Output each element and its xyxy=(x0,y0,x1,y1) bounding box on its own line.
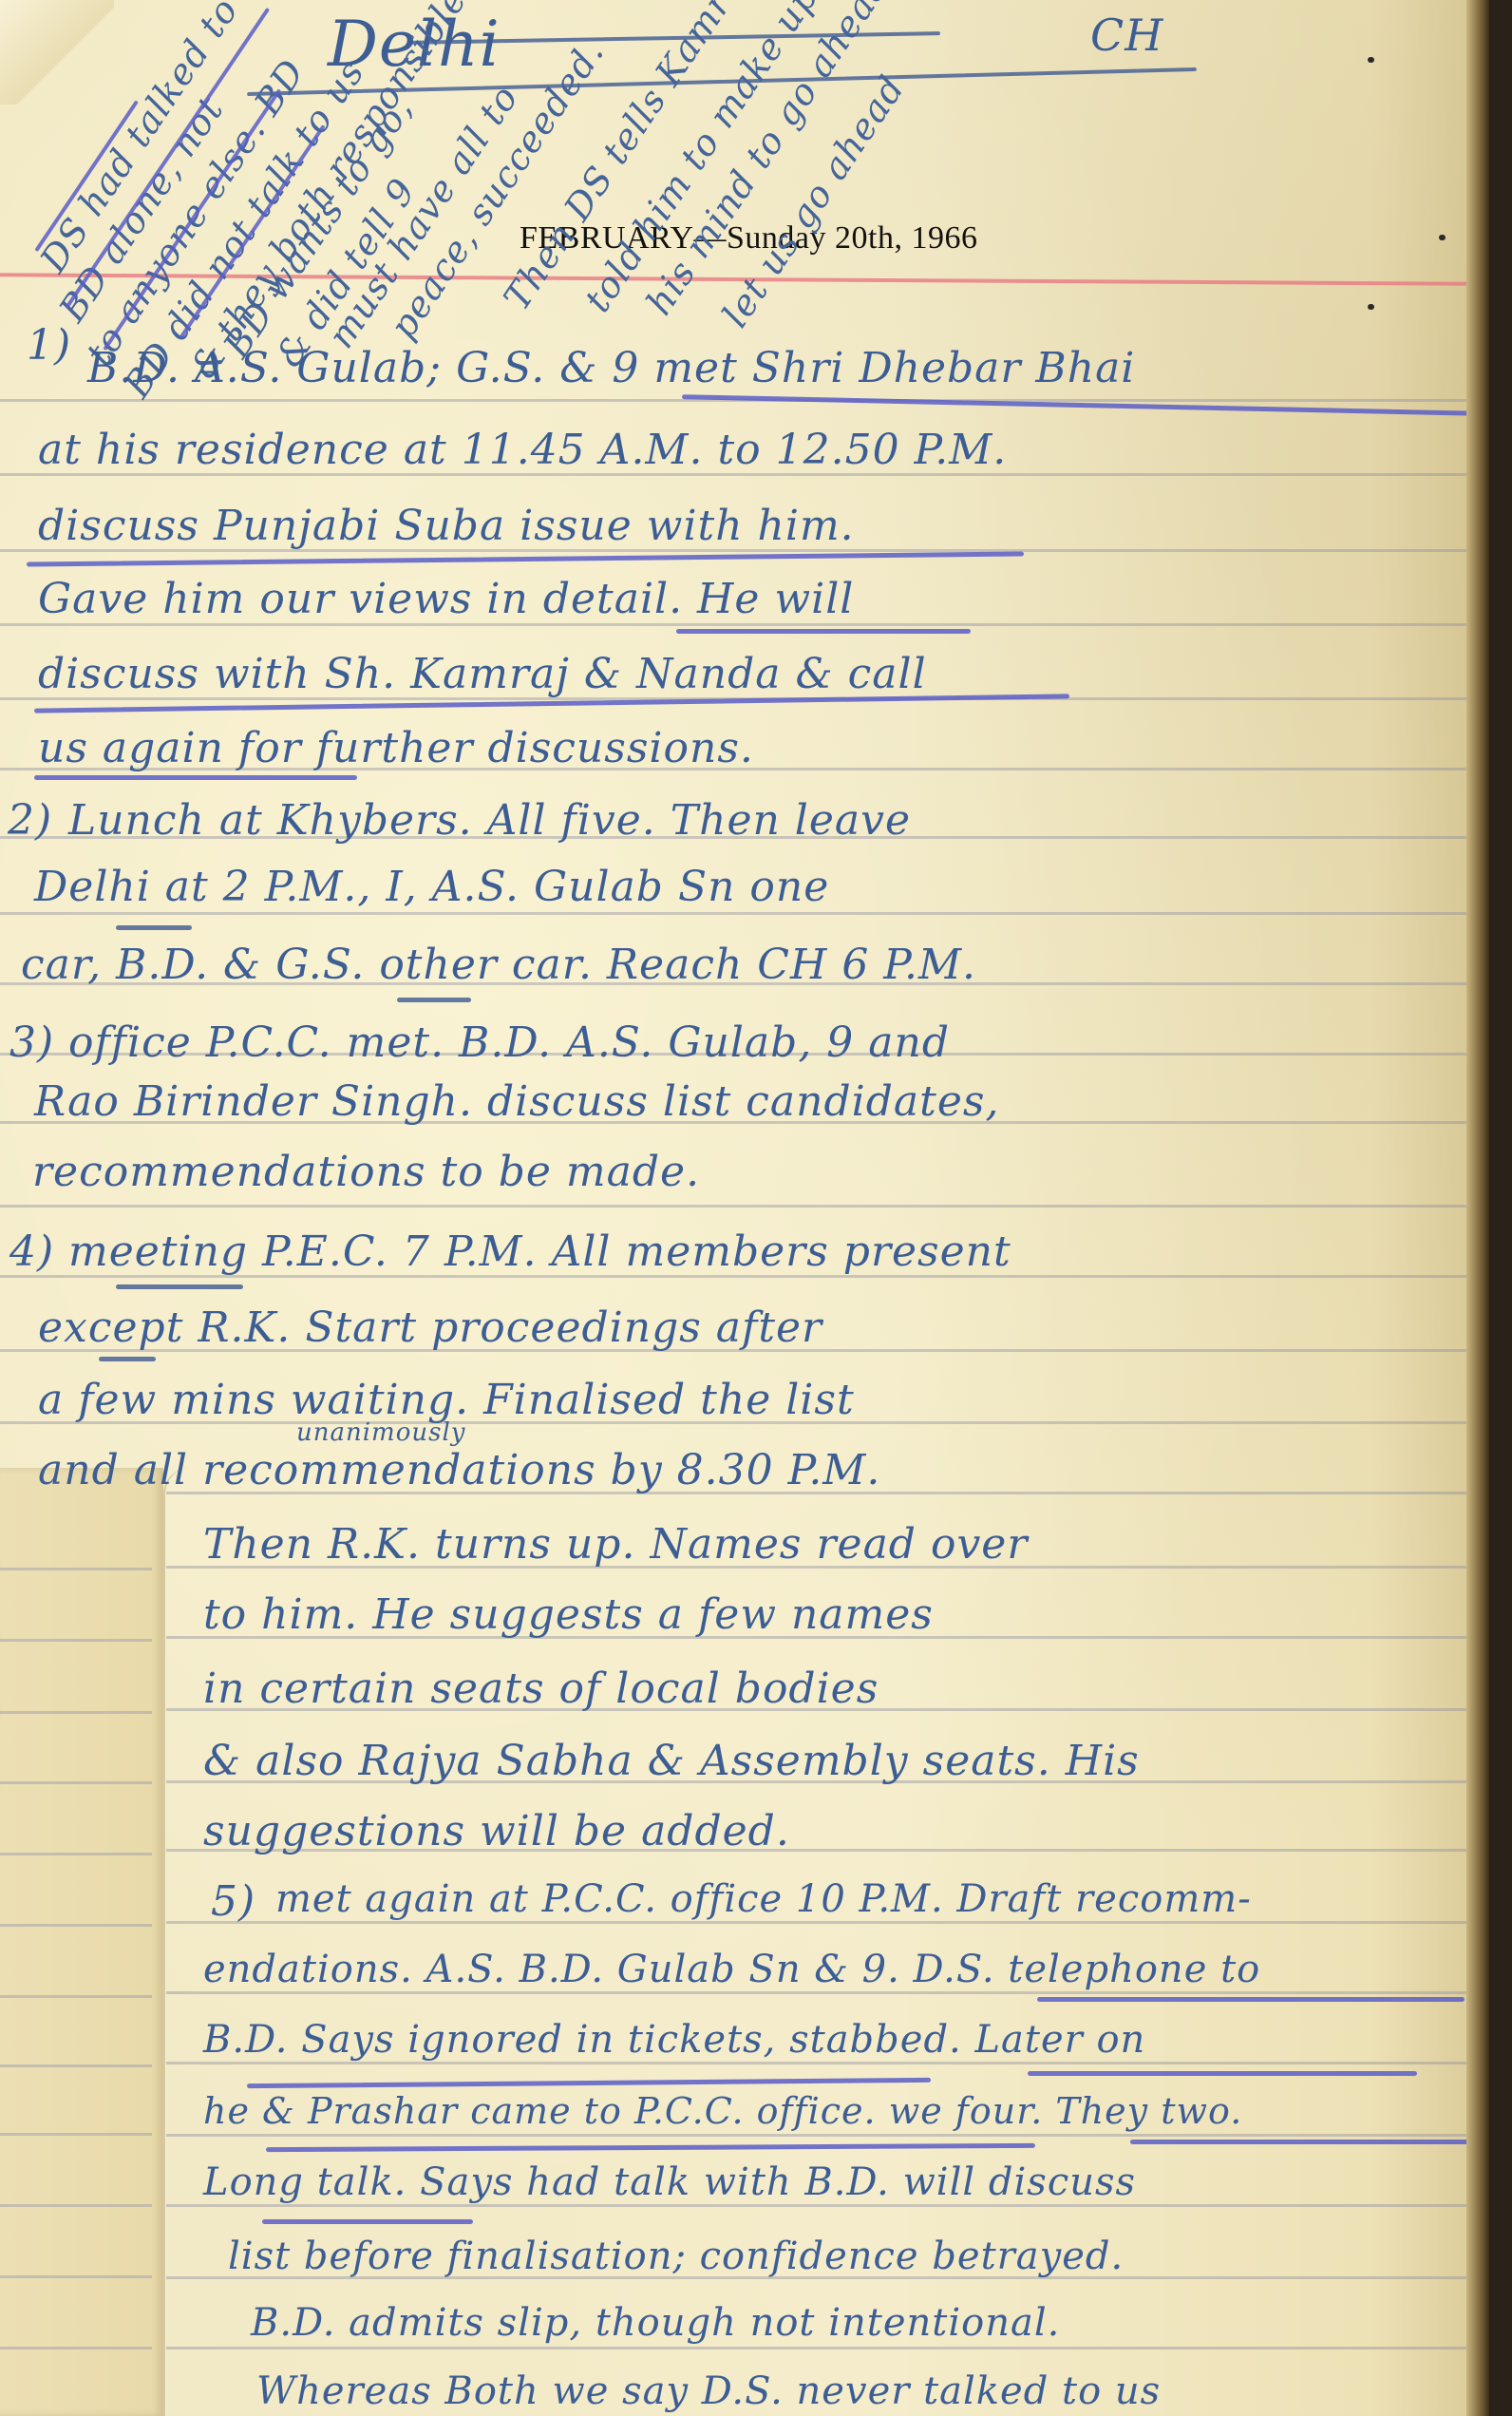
entry-line: Whereas Both we say D.S. never talked to… xyxy=(256,2369,1161,2413)
entry-line: Then R.K. turns up. Names read over xyxy=(203,1520,1028,1569)
underlying-page xyxy=(0,1468,166,2416)
underline xyxy=(397,998,471,1002)
page-binding-edge xyxy=(1466,0,1489,2416)
entry-line: & also Rajya Sabha & Assembly seats. His xyxy=(203,1737,1140,1785)
underline xyxy=(1037,1997,1465,2002)
underline xyxy=(682,394,1482,416)
ink-speck xyxy=(1368,57,1374,63)
entry-line: meeting P.E.C. 7 P.M. All members presen… xyxy=(68,1227,1011,1276)
underline xyxy=(116,1284,243,1289)
entry-line: discuss with Sh. Kamraj & Nanda & call xyxy=(38,650,927,698)
inserted-word: unanimously xyxy=(296,1418,465,1447)
entry-line: Gave him our views in detail. He will xyxy=(38,575,854,623)
place-to: CH xyxy=(1090,10,1163,61)
underline xyxy=(34,775,357,780)
ruled-line xyxy=(0,912,1466,915)
folded-corner xyxy=(0,0,114,105)
diary-page: Delhi CH FEBRUARY—Sunday 20th, 1966 DS h… xyxy=(0,0,1489,2416)
entry-line: Lunch at Khybers. All five. Then leave xyxy=(68,796,911,845)
entry-line: list before finalisation; confidence bet… xyxy=(228,2235,1124,2278)
underline xyxy=(27,552,1024,567)
underline xyxy=(676,629,971,634)
underline xyxy=(262,2219,473,2224)
entry-line: office P.C.C. met. B.D. A.S. Gulab, 9 an… xyxy=(68,1018,950,1067)
entry-line: in certain seats of local bodies xyxy=(203,1665,879,1713)
ruled-line xyxy=(0,1205,1466,1208)
underline xyxy=(99,1357,156,1361)
underline xyxy=(1130,2140,1472,2144)
entry-number: 1) xyxy=(27,321,71,370)
entry-line: B.D. admits slip, though not intentional… xyxy=(251,2301,1060,2345)
entry-line: Rao Birinder Singh. discuss list candida… xyxy=(34,1077,999,1126)
entry-line: B.D. Says ignored in tickets, stabbed. L… xyxy=(203,2018,1145,2062)
entry-line: recommendations to be made. xyxy=(32,1148,700,1196)
entry-line: met again at P.C.C. office 10 P.M. Draft… xyxy=(275,1877,1252,1921)
entry-line: at his residence at 11.45 A.M. to 12.50 … xyxy=(38,426,1007,474)
entry-line: endations. A.S. B.D. Gulab Sn & 9. D.S. … xyxy=(203,1948,1260,1991)
entry-line: a few mins waiting. Finalised the list xyxy=(38,1376,855,1424)
ink-speck xyxy=(1368,304,1374,310)
entry-line: Long talk. Says had talk with B.D. will … xyxy=(203,2160,1136,2204)
ruled-line xyxy=(0,623,1466,626)
entry-line: car, B.D. & G.S. other car. Reach CH 6 P… xyxy=(21,941,976,989)
underline xyxy=(1028,2071,1417,2076)
entry-number: 2) xyxy=(8,796,52,845)
entry-line: discuss Punjabi Suba issue with him. xyxy=(38,502,855,550)
entry-number: 5) xyxy=(211,1877,255,1926)
entry-number: 4) xyxy=(9,1227,54,1276)
entry-line: Delhi at 2 P.M., I, A.S. Gulab Sn one xyxy=(34,863,829,911)
ink-speck xyxy=(1439,235,1446,240)
entry-line: to him. He suggests a few names xyxy=(203,1590,934,1639)
entry-number: 3) xyxy=(9,1018,54,1067)
entry-line: B.D. A.S. Gulab; G.S. & 9 met Shri Dheba… xyxy=(87,344,1135,392)
entry-line: us again for further discussions. xyxy=(38,724,754,772)
entry-line: suggestions will be added. xyxy=(203,1807,790,1855)
entry-line: except R.K. Start proceedings after xyxy=(38,1303,822,1352)
entry-line: and all recommendations by 8.30 P.M. xyxy=(38,1446,880,1494)
entry-line: he & Prashar came to P.C.C. office. we f… xyxy=(203,2090,1242,2132)
underline xyxy=(116,925,192,930)
